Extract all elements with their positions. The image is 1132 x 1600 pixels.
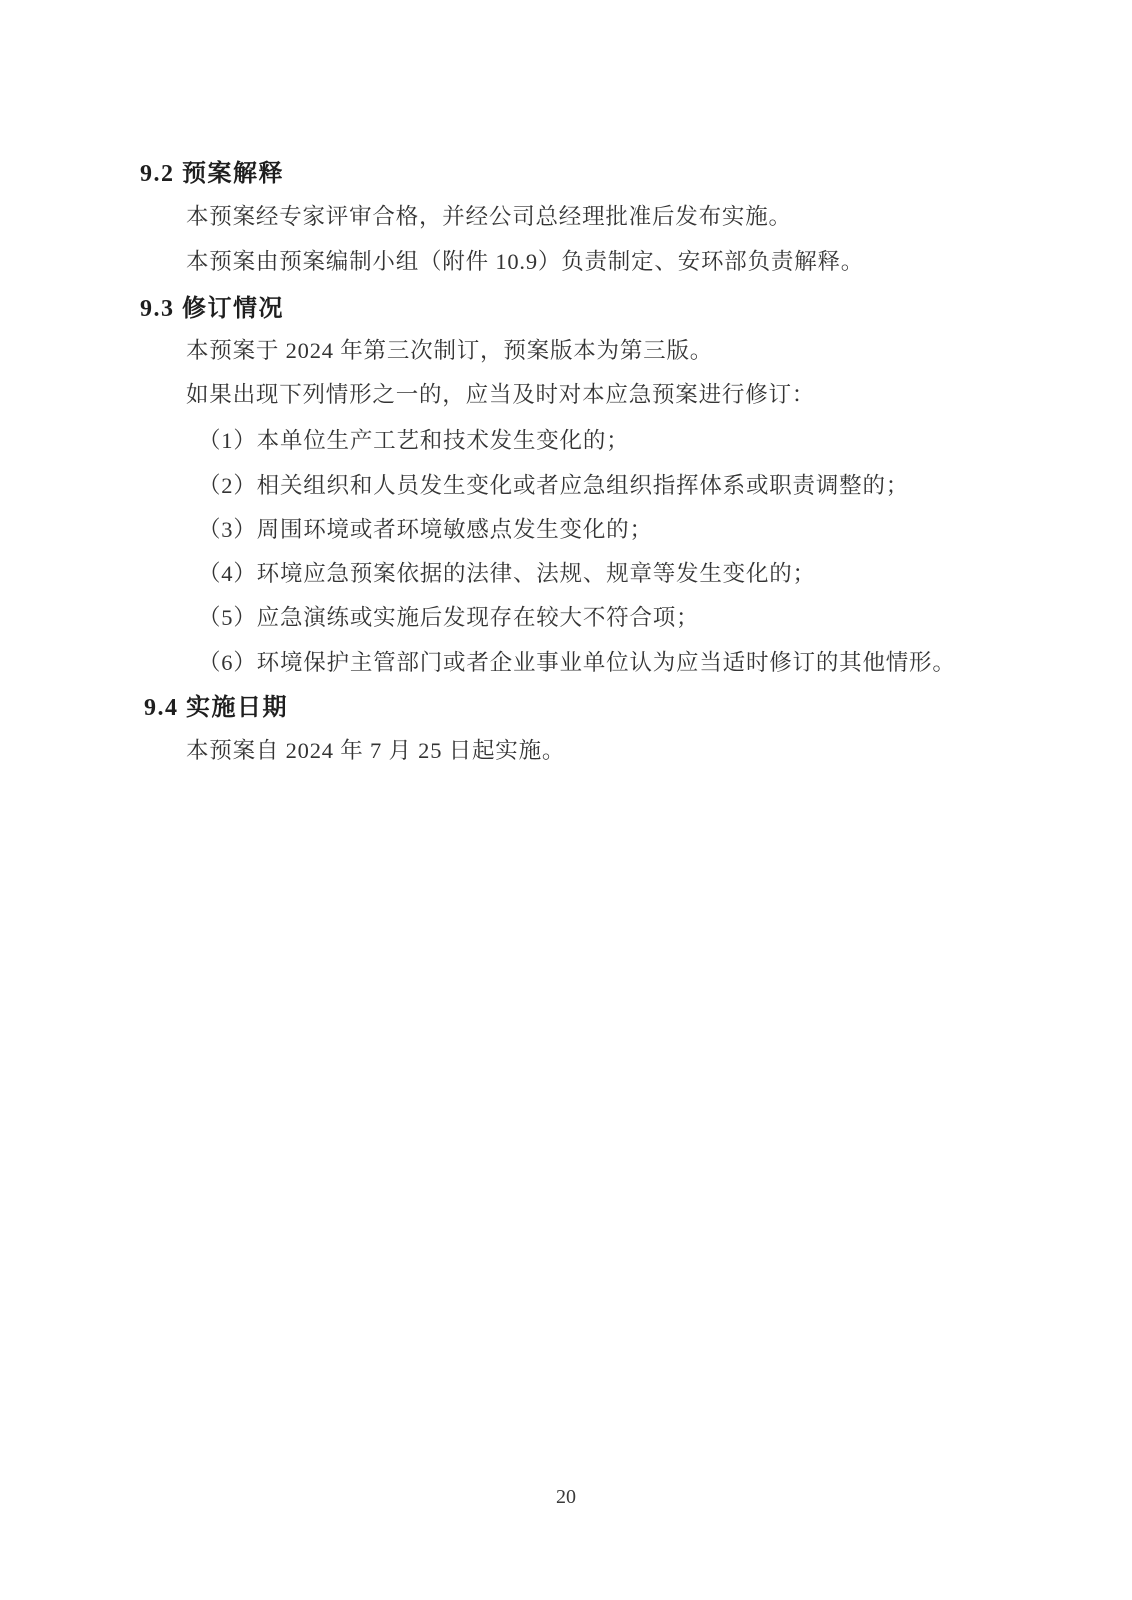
paragraph: 本预案自 2024 年 7 月 25 日起实施。 bbox=[186, 740, 565, 763]
list-item: （5）应急演练或实施后发现存在较大不符合项； bbox=[198, 607, 699, 630]
paragraph: 本预案于 2024 年第三次制订，预案版本为第三版。 bbox=[186, 340, 713, 363]
section-heading-9-3: 9.3 修订情况 bbox=[140, 297, 284, 321]
paragraph: 如果出现下列情形之一的，应当及时对本应急预案进行修订： bbox=[186, 384, 815, 407]
list-item: （6）环境保护主管部门或者企业事业单位认为应当适时修订的其他情形。 bbox=[198, 652, 956, 675]
section-heading-9-2: 9.2 预案解释 bbox=[140, 162, 284, 186]
document-page: 9.2 预案解释 本预案经专家评审合格，并经公司总经理批准后发布实施。 本预案由… bbox=[0, 0, 1132, 1600]
list-item: （4）环境应急预案依据的法律、法规、规章等发生变化的； bbox=[198, 563, 816, 586]
list-item: （1）本单位生产工艺和技术发生变化的； bbox=[198, 430, 629, 453]
list-item: （3）周围环境或者环境敏感点发生变化的； bbox=[198, 519, 653, 542]
paragraph: 本预案由预案编制小组（附件 10.9）负责制定、安环部负责解释。 bbox=[186, 251, 864, 274]
paragraph: 本预案经专家评审合格，并经公司总经理批准后发布实施。 bbox=[186, 206, 792, 229]
list-item: （2）相关组织和人员发生变化或者应急组织指挥体系或职责调整的； bbox=[198, 475, 909, 498]
page-number: 20 bbox=[0, 1487, 1132, 1507]
section-heading-9-4: 9.4 实施日期 bbox=[144, 696, 288, 720]
